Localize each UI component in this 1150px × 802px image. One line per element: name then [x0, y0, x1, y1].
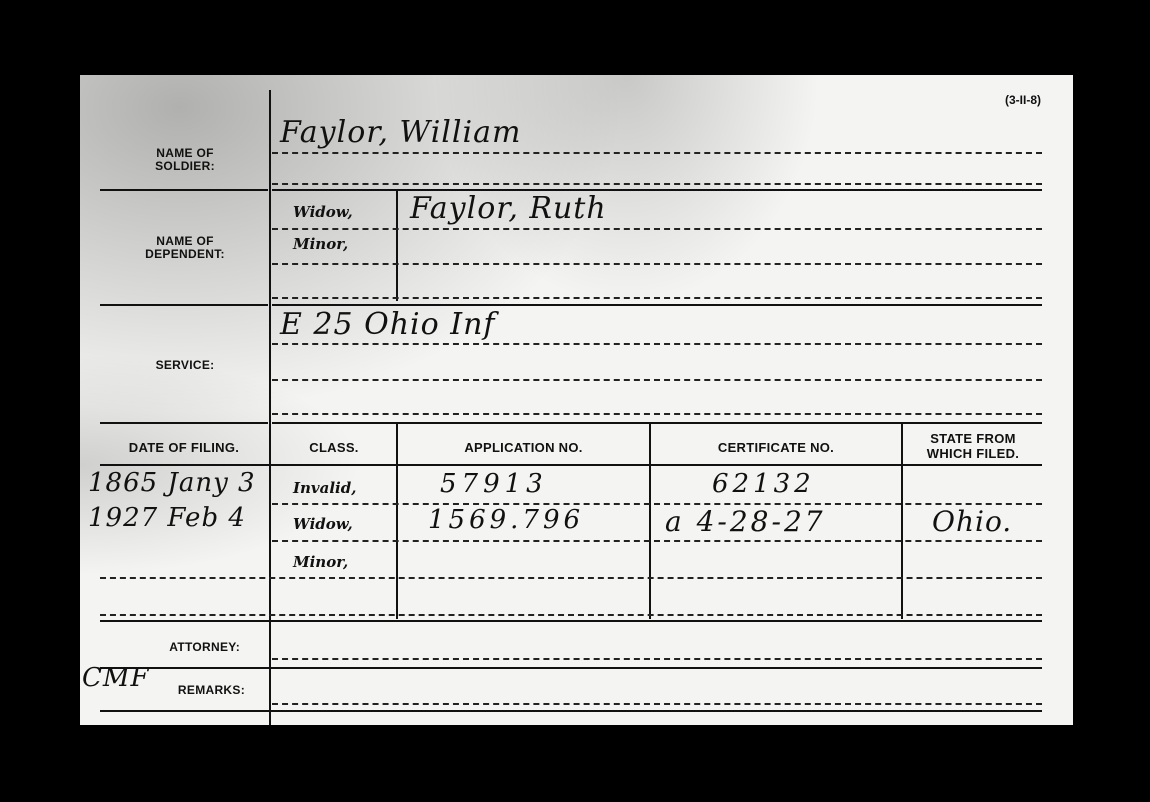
remarks-initials: CMF — [82, 663, 150, 693]
soldier-label-line2: SOLDIER: — [120, 160, 250, 173]
table-header-divider — [100, 464, 1042, 466]
row-1-application: 57913 — [440, 469, 548, 499]
soldier-section-divider-right — [272, 189, 1042, 191]
header-state-line2: WHICH FILED. — [903, 446, 1043, 461]
dependent-line-3 — [272, 297, 1042, 299]
attorney-line — [272, 658, 1042, 660]
attorney-divider — [100, 667, 1042, 669]
table-row-line-3 — [100, 577, 1042, 579]
dependent-section-divider-left — [100, 304, 268, 306]
table-row-line-2 — [272, 540, 1042, 542]
dependent-minor-label: Minor, — [293, 235, 348, 253]
dependent-line-2 — [272, 263, 1042, 265]
dependent-line-1 — [272, 228, 1042, 230]
soldier-section-divider-left — [100, 189, 268, 191]
pension-index-card: (3-II-8) NAME OF SOLDIER: Faylor, Willia… — [80, 75, 1073, 725]
service-label: SERVICE: — [120, 359, 250, 372]
row-1-date: 1865 Jany 3 — [88, 468, 256, 498]
service-section-divider-left — [100, 422, 268, 424]
soldier-line-1 — [272, 152, 1042, 154]
soldier-line-2 — [272, 183, 1042, 185]
row-1-class: Invalid, — [293, 479, 356, 497]
dependent-label-line2: DEPENDENT: — [115, 248, 255, 261]
service-section-divider-right — [272, 422, 1042, 424]
dependent-widow-value: Faylor, Ruth — [410, 191, 607, 226]
header-class: CLASS. — [272, 440, 396, 455]
header-state-from-which-filed: STATE FROM WHICH FILED. — [903, 431, 1043, 461]
row-2-date: 1927 Feb 4 — [88, 503, 246, 533]
row-1-certificate: 62132 — [712, 469, 815, 499]
dependent-section-divider-right — [272, 304, 1042, 306]
header-date-of-filing: DATE OF FILING. — [100, 440, 268, 455]
form-code: (3-II-8) — [1005, 93, 1041, 107]
service-value: E 25 Ohio Inf — [280, 307, 496, 342]
soldier-name-value: Faylor, William — [280, 115, 521, 150]
dependent-label: NAME OF DEPENDENT: — [115, 235, 255, 261]
soldier-label: NAME OF SOLDIER: — [120, 147, 250, 173]
row-3-class: Minor, — [293, 553, 348, 571]
dependent-widow-label: Widow, — [293, 203, 353, 221]
header-application-no: APPLICATION NO. — [398, 440, 649, 455]
table-row-line-4 — [100, 614, 1042, 616]
header-state-line1: STATE FROM — [903, 431, 1043, 446]
remarks-line — [272, 703, 1042, 705]
remarks-label: REMARKS: — [145, 684, 245, 697]
row-2-certificate: a 4-28-27 — [665, 505, 826, 538]
label-column-divider — [269, 90, 271, 725]
service-line-1 — [272, 343, 1042, 345]
service-line-2 — [272, 379, 1042, 381]
row-2-class: Widow, — [293, 515, 353, 533]
table-bottom-divider — [100, 620, 1042, 622]
service-line-3 — [272, 413, 1042, 415]
dependent-subdivider — [396, 191, 398, 301]
row-2-application: 1569.796 — [428, 505, 584, 535]
table-row-line-1 — [272, 503, 1042, 505]
header-certificate-no: CERTIFICATE NO. — [651, 440, 901, 455]
remarks-bottom-divider — [100, 710, 1042, 712]
attorney-label: ATTORNEY: — [130, 641, 240, 654]
row-2-state: Ohio. — [932, 505, 1012, 538]
